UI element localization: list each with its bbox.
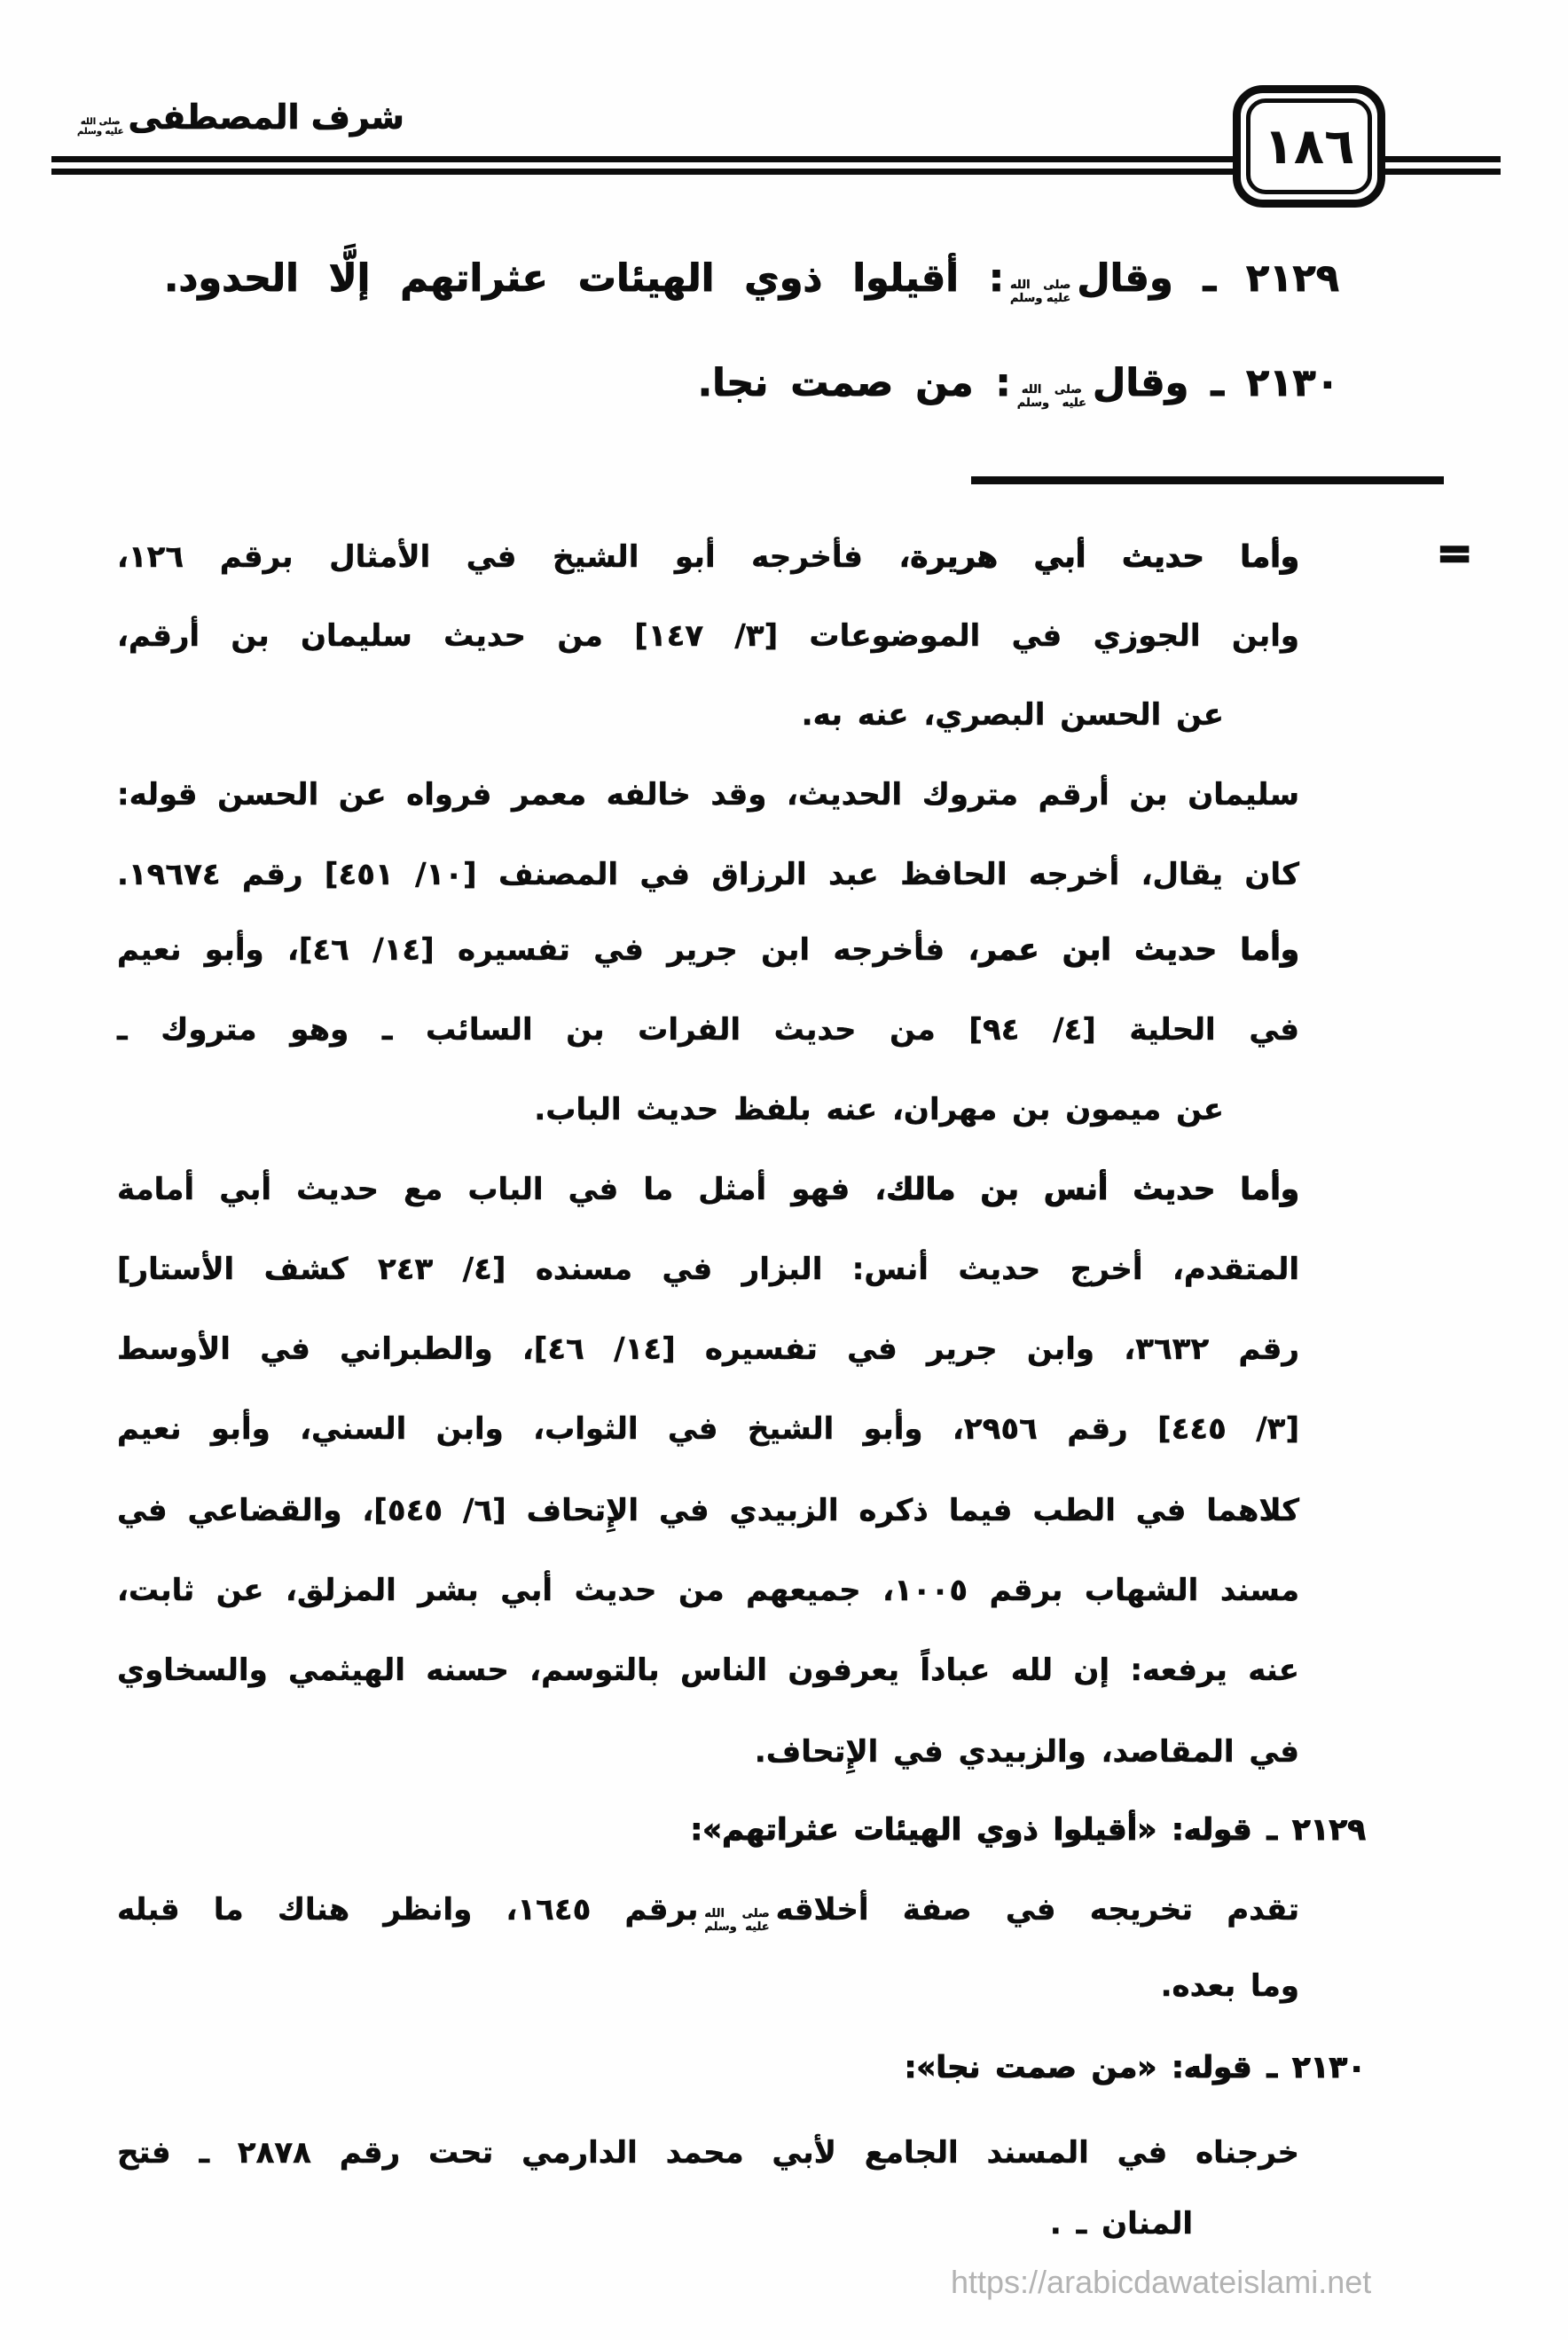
footnote-line: في الحلية [٤/ ٩٤] من حديث الفرات بن السا… [117, 1002, 1299, 1057]
footnote-line: رقم ٣٦٣٢، وابن جرير في تفسيره [١٤/ ٤٦]، … [117, 1322, 1299, 1377]
footnote-block: وأما حديث أبي هريرة، فأخرجه أبو الشيخ في… [117, 0, 1299, 2340]
footnote-line: [٣/ ٤٤٥] رقم ٢٩٥٦، وأبو الشيخ في الثواب،… [117, 1402, 1299, 1457]
footnote-entry-2129-heading: ٢١٢٩ ـ قوله: «أقيلوا ذوي الهيئات عثراتهم… [117, 1802, 1366, 1857]
footnote-line: المنان ـ . [117, 2196, 1299, 2251]
footnote-line: وابن الجوزي في الموضوعات [٣/ ١٤٧] من حدي… [117, 609, 1299, 664]
footnote-line: عنه يرفعه: إن لله عباداً يعرفون الناس با… [117, 1643, 1299, 1698]
footnote-line: عن ميمون بن مهران، عنه بلفظ حديث الباب. [117, 1082, 1299, 1137]
footnote-line: مسند الشهاب برقم ١٠٠٥، جميعهم من حديث أب… [117, 1563, 1299, 1618]
footnote-line: عن الحسن البصري، عنه به. [117, 687, 1299, 742]
footnote-line: وما بعده. [117, 1959, 1299, 2014]
footnote-line: كلاهما في الطب فيما ذكره الزبيدي في الإِ… [117, 1483, 1299, 1538]
book-page: { "header": { "title": "شرف المصطفى", "p… [0, 0, 1568, 2340]
footnote-line: المتقدم، أخرج حديث أنس: البزار في مسنده … [117, 1242, 1299, 1297]
footnote-continuation-mark: = [1437, 529, 1472, 578]
site-watermark: https://arabicdawateislami.net [951, 2264, 1371, 2301]
footnote-line: كان يقال، أخرجه الحافظ عبد الرزاق في الم… [117, 847, 1299, 902]
footnote-line: وأما حديث ابن عمر، فأخرجه ابن جرير في تف… [117, 923, 1299, 978]
footnote-line: تقدم تخريجه في صفة أخلاقهصلى اللهعليه وس… [117, 1882, 1299, 1937]
footnote-line: خرجناه في المسند الجامع لأبي محمد الدارم… [117, 2125, 1299, 2180]
footnote-line: وأما حديث أبي هريرة، فأخرجه أبو الشيخ في… [117, 530, 1299, 585]
footnote-line: سليمان بن أرقم متروك الحديث، وقد خالفه م… [117, 767, 1299, 822]
footnote-entry-2130-heading: ٢١٣٠ ـ قوله: «من صمت نجا»: [117, 2040, 1366, 2095]
saw-honorific-icon: صلى اللهعليه وسلم [704, 1908, 769, 1934]
footnote-line: في المقاصد، والزبيدي في الإِتحاف. [117, 1724, 1299, 1779]
footnote-line: وأما حديث أنس بن مالك، فهو أمثل ما في ال… [117, 1162, 1299, 1217]
